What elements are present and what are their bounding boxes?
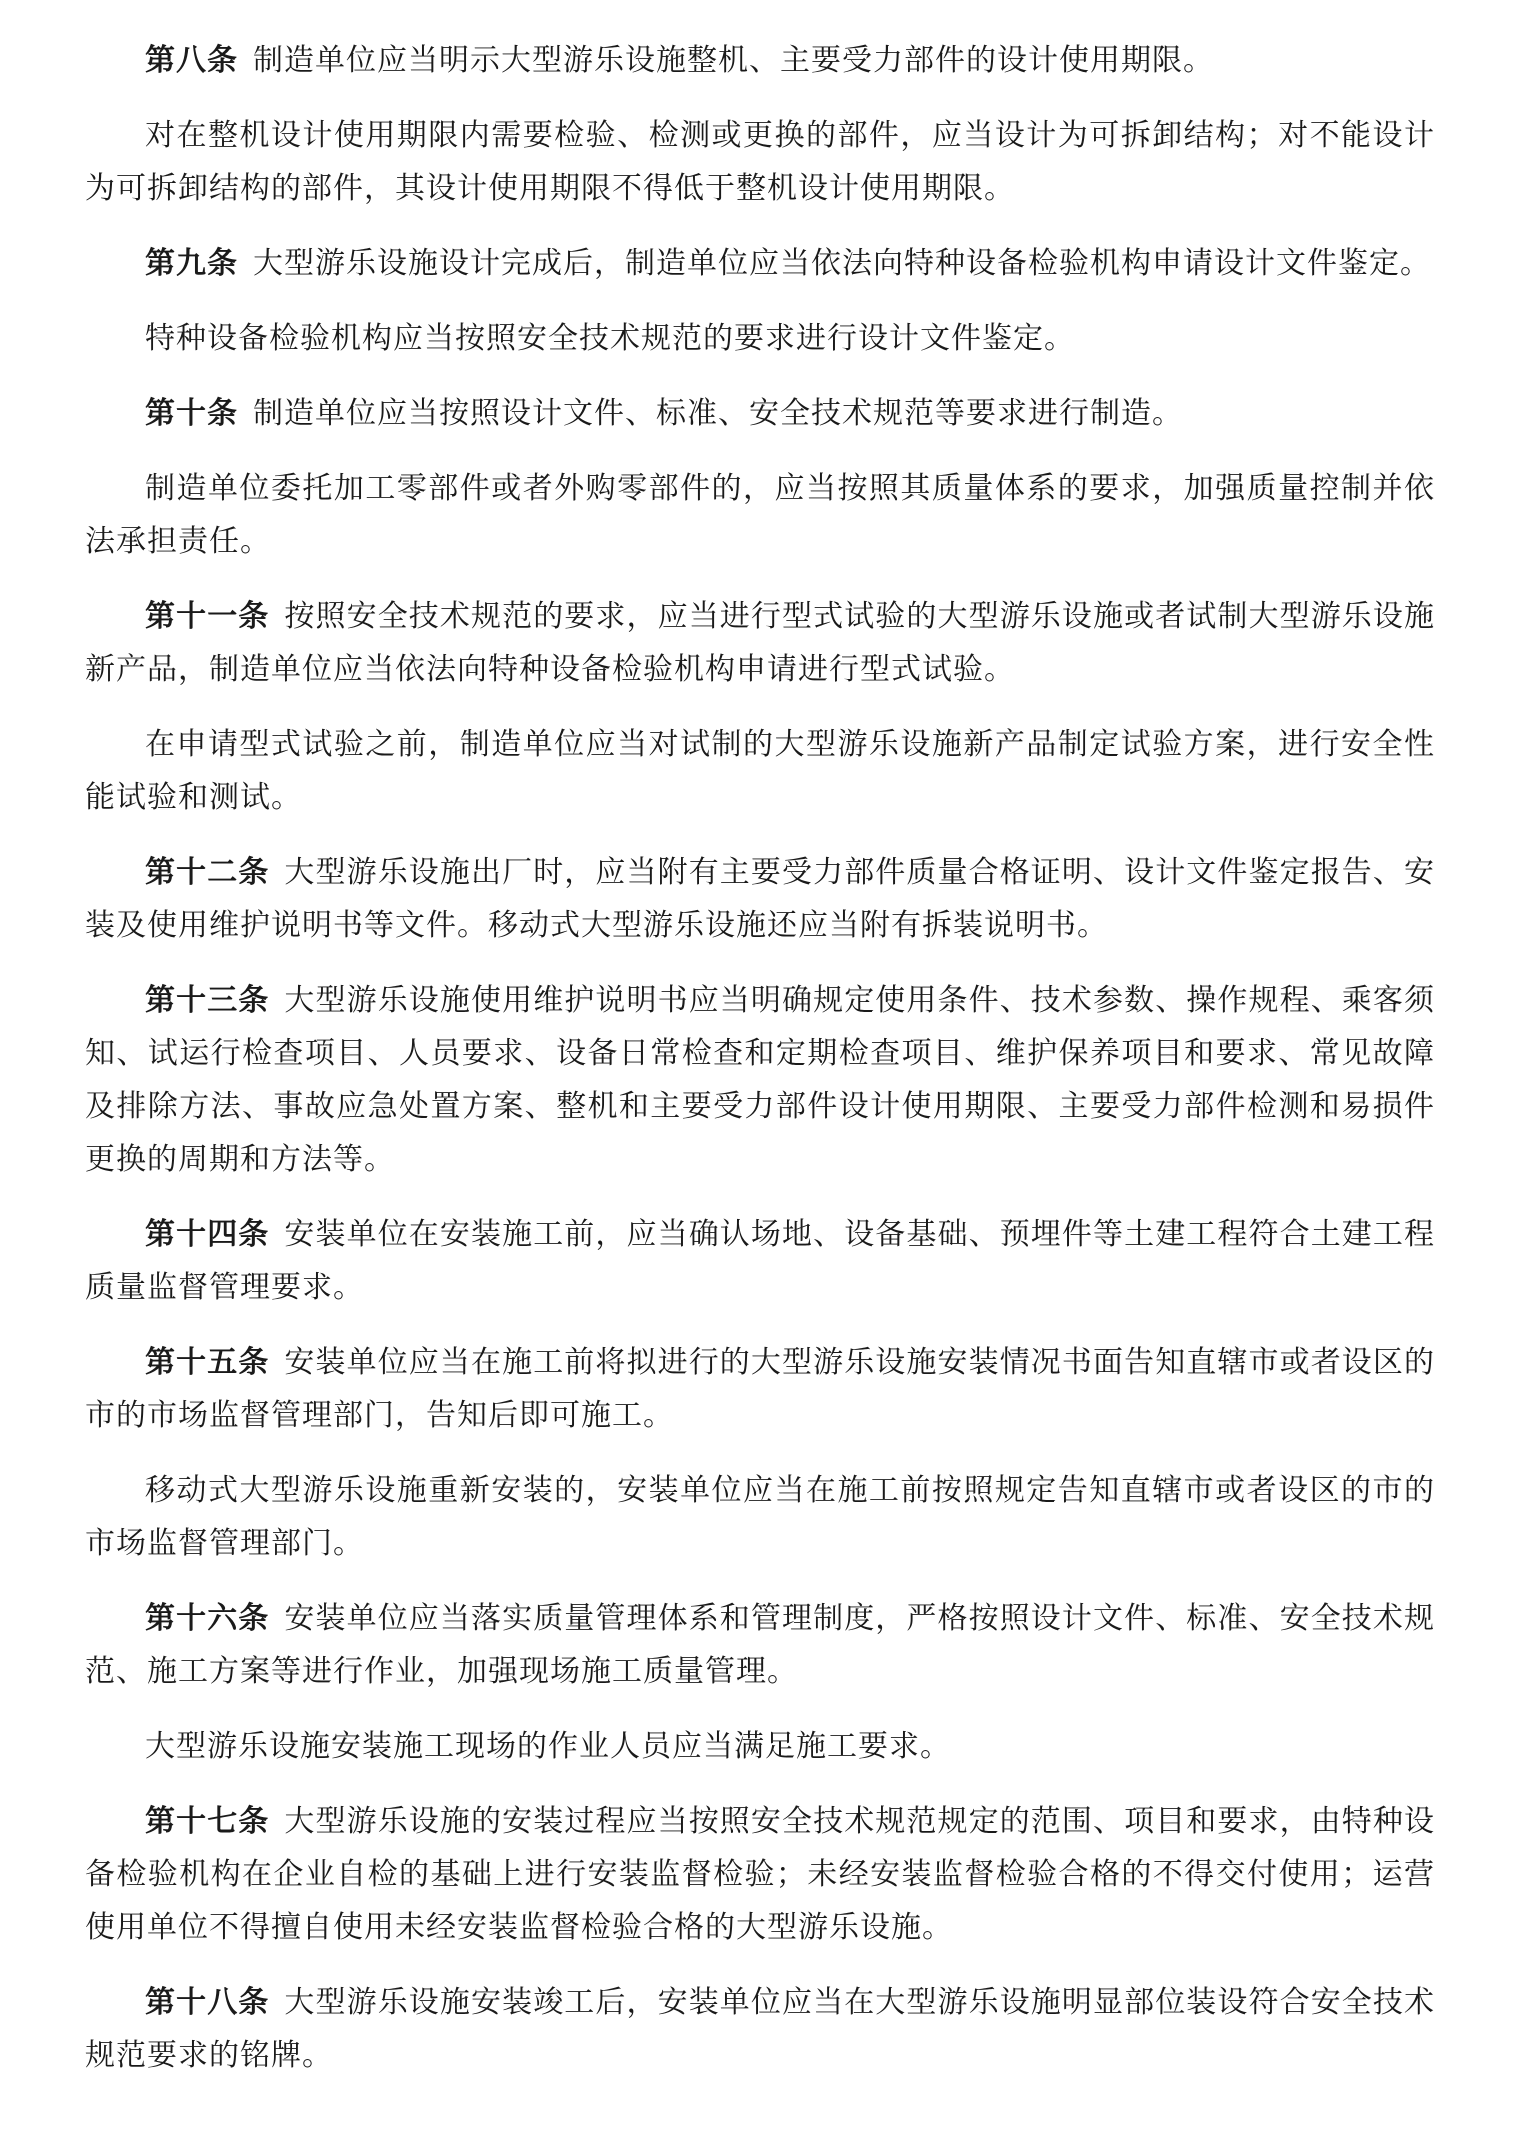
- article-number: 第十七条: [145, 1804, 269, 1839]
- paragraph: 在申请型式试验之前，制造单位应当对试制的大型游乐设施新产品制定试验方案，进行安全…: [85, 718, 1435, 824]
- paragraph-text: 移动式大型游乐设施重新安装的，安装单位应当在施工前按照规定告知直辖市或者设区的市…: [85, 1473, 1435, 1561]
- paragraph-article-8: 第八条制造单位应当明示大型游乐设施整机、主要受力部件的设计使用期限。: [85, 34, 1435, 87]
- paragraph-article-13: 第十三条大型游乐设施使用维护说明书应当明确规定使用条件、技术参数、操作规程、乘客…: [85, 974, 1435, 1186]
- document-page: 第八条制造单位应当明示大型游乐设施整机、主要受力部件的设计使用期限。 对在整机设…: [0, 0, 1520, 2150]
- paragraph: 大型游乐设施安装施工现场的作业人员应当满足施工要求。: [85, 1720, 1435, 1773]
- article-number: 第八条: [145, 43, 238, 78]
- paragraph-text: 大型游乐设施设计完成后，制造单位应当依法向特种设备检验机构申请设计文件鉴定。: [253, 246, 1431, 281]
- paragraph-text: 按照安全技术规范的要求，应当进行型式试验的大型游乐设施或者试制大型游乐设施新产品…: [85, 599, 1435, 687]
- paragraph-text: 大型游乐设施安装竣工后，安装单位应当在大型游乐设施明显部位装设符合安全技术规范要…: [85, 1985, 1435, 2073]
- paragraph-text: 在申请型式试验之前，制造单位应当对试制的大型游乐设施新产品制定试验方案，进行安全…: [85, 727, 1435, 815]
- article-number: 第十五条: [145, 1345, 269, 1380]
- paragraph-text: 大型游乐设施使用维护说明书应当明确规定使用条件、技术参数、操作规程、乘客须知、试…: [85, 983, 1435, 1177]
- paragraph-article-18: 第十八条大型游乐设施安装竣工后，安装单位应当在大型游乐设施明显部位装设符合安全技…: [85, 1976, 1435, 2082]
- paragraph-text: 对在整机设计使用期限内需要检验、检测或更换的部件，应当设计为可拆卸结构；对不能设…: [85, 118, 1435, 206]
- paragraph-text: 安装单位在安装施工前，应当确认场地、设备基础、预埋件等土建工程符合土建工程质量监…: [85, 1217, 1435, 1305]
- paragraph-text: 制造单位应当明示大型游乐设施整机、主要受力部件的设计使用期限。: [253, 43, 1214, 78]
- paragraph-text: 大型游乐设施出厂时，应当附有主要受力部件质量合格证明、设计文件鉴定报告、安装及使…: [85, 855, 1435, 943]
- paragraph-text: 特种设备检验机构应当按照安全技术规范的要求进行设计文件鉴定。: [145, 321, 1075, 356]
- paragraph-article-9: 第九条大型游乐设施设计完成后，制造单位应当依法向特种设备检验机构申请设计文件鉴定…: [85, 237, 1435, 290]
- paragraph-article-10: 第十条制造单位应当按照设计文件、标准、安全技术规范等要求进行制造。: [85, 387, 1435, 440]
- article-number: 第九条: [145, 246, 238, 281]
- article-number: 第十四条: [145, 1217, 269, 1252]
- paragraph-text: 大型游乐设施安装施工现场的作业人员应当满足施工要求。: [145, 1729, 951, 1764]
- paragraph-text: 安装单位应当在施工前将拟进行的大型游乐设施安装情况书面告知直辖市或者设区的市的市…: [85, 1345, 1435, 1433]
- paragraph-text: 制造单位委托加工零部件或者外购零部件的，应当按照其质量体系的要求，加强质量控制并…: [85, 471, 1435, 559]
- article-number: 第十六条: [145, 1601, 269, 1636]
- paragraph-article-15: 第十五条安装单位应当在施工前将拟进行的大型游乐设施安装情况书面告知直辖市或者设区…: [85, 1336, 1435, 1442]
- article-number: 第十二条: [145, 855, 269, 890]
- paragraph-article-16: 第十六条安装单位应当落实质量管理体系和管理制度，严格按照设计文件、标准、安全技术…: [85, 1592, 1435, 1698]
- paragraph-text: 制造单位应当按照设计文件、标准、安全技术规范等要求进行制造。: [253, 396, 1183, 431]
- paragraph-article-17: 第十七条大型游乐设施的安装过程应当按照安全技术规范规定的范围、项目和要求，由特种…: [85, 1795, 1435, 1954]
- paragraph-text: 大型游乐设施的安装过程应当按照安全技术规范规定的范围、项目和要求，由特种设备检验…: [85, 1804, 1435, 1945]
- article-number: 第十八条: [145, 1985, 269, 2020]
- article-number: 第十条: [145, 396, 238, 431]
- paragraph: 移动式大型游乐设施重新安装的，安装单位应当在施工前按照规定告知直辖市或者设区的市…: [85, 1464, 1435, 1570]
- paragraph-article-11: 第十一条按照安全技术规范的要求，应当进行型式试验的大型游乐设施或者试制大型游乐设…: [85, 590, 1435, 696]
- paragraph: 对在整机设计使用期限内需要检验、检测或更换的部件，应当设计为可拆卸结构；对不能设…: [85, 109, 1435, 215]
- paragraph: 特种设备检验机构应当按照安全技术规范的要求进行设计文件鉴定。: [85, 312, 1435, 365]
- paragraph: 制造单位委托加工零部件或者外购零部件的，应当按照其质量体系的要求，加强质量控制并…: [85, 462, 1435, 568]
- article-number: 第十一条: [145, 599, 269, 634]
- paragraph-article-14: 第十四条安装单位在安装施工前，应当确认场地、设备基础、预埋件等土建工程符合土建工…: [85, 1208, 1435, 1314]
- paragraph-text: 安装单位应当落实质量管理体系和管理制度，严格按照设计文件、标准、安全技术规范、施…: [85, 1601, 1435, 1689]
- article-number: 第十三条: [145, 983, 269, 1018]
- paragraph-article-12: 第十二条大型游乐设施出厂时，应当附有主要受力部件质量合格证明、设计文件鉴定报告、…: [85, 846, 1435, 952]
